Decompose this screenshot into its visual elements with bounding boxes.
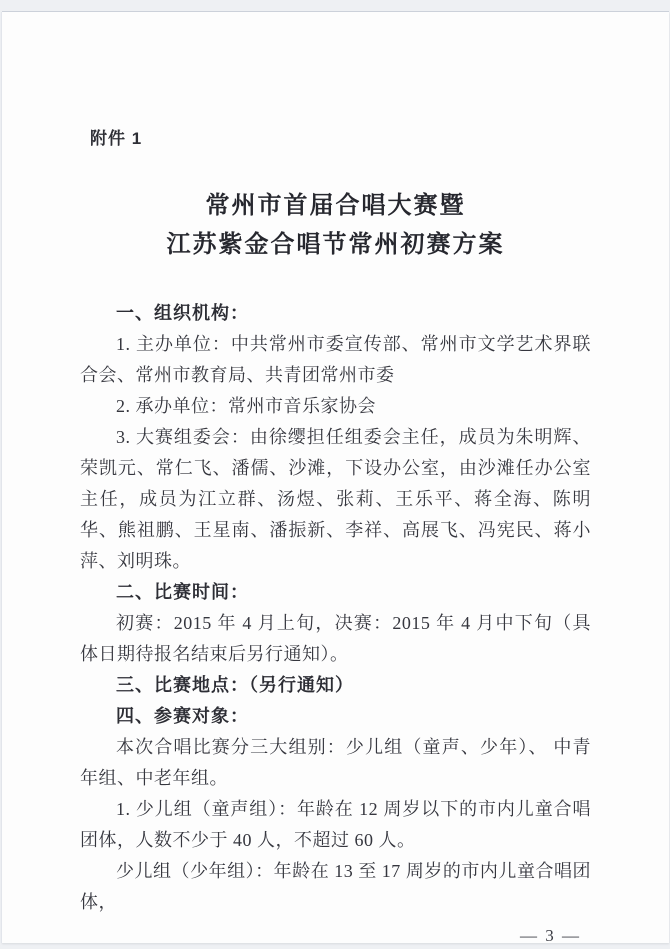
paragraph-body: 3. 大赛组委会：由徐缨担任组委会主任，成员为朱明辉、荣凯元、常仁飞、潘儒、沙滩… — [80, 422, 591, 577]
document-title: 常州市首届合唱大赛暨 江苏紫金合唱节常州初赛方案 — [2, 186, 669, 264]
title-line-1: 常州市首届合唱大赛暨 — [2, 186, 669, 225]
document-body: 一、组织机构：1. 主办单位：中共常州市委宣传部、常州市文学艺术界联合会、常州市… — [80, 298, 591, 918]
paragraph-body: 初赛：2015 年 4 月上旬，决赛：2015 年 4 月中下旬（具体日期待报名… — [80, 608, 591, 670]
paragraph-body: 本次合唱比赛分三大组别：少儿组（童声、少年）、 中青年组、中老年组。 — [80, 732, 591, 794]
paragraph-heading: 四、参赛对象： — [80, 701, 591, 732]
scanned-document-background: { "page": { "attachment_label": "附件 1", … — [0, 0, 670, 949]
paragraph-body: 1. 少儿组（童声组）：年龄在 12 周岁以下的市内儿童合唱团体，人数不少于 4… — [80, 794, 591, 856]
paragraph-heading: 三、比赛地点：（另行通知） — [80, 670, 591, 701]
paragraph-body: 少儿组（少年组）：年龄在 13 至 17 周岁的市内儿童合唱团体， — [80, 856, 591, 918]
document-page: 附件 1 常州市首届合唱大赛暨 江苏紫金合唱节常州初赛方案 一、组织机构：1. … — [2, 12, 669, 943]
title-line-2: 江苏紫金合唱节常州初赛方案 — [2, 225, 669, 264]
attachment-label: 附件 1 — [90, 128, 669, 150]
paragraph-heading: 二、比赛时间： — [80, 577, 591, 608]
paragraph-body: 2. 承办单位：常州市音乐家协会 — [80, 391, 591, 422]
page-number: — 3 — — [2, 925, 581, 947]
paragraph-body: 1. 主办单位：中共常州市委宣传部、常州市文学艺术界联合会、常州市教育局、共青团… — [80, 329, 591, 391]
paragraph-heading: 一、组织机构： — [80, 298, 591, 329]
